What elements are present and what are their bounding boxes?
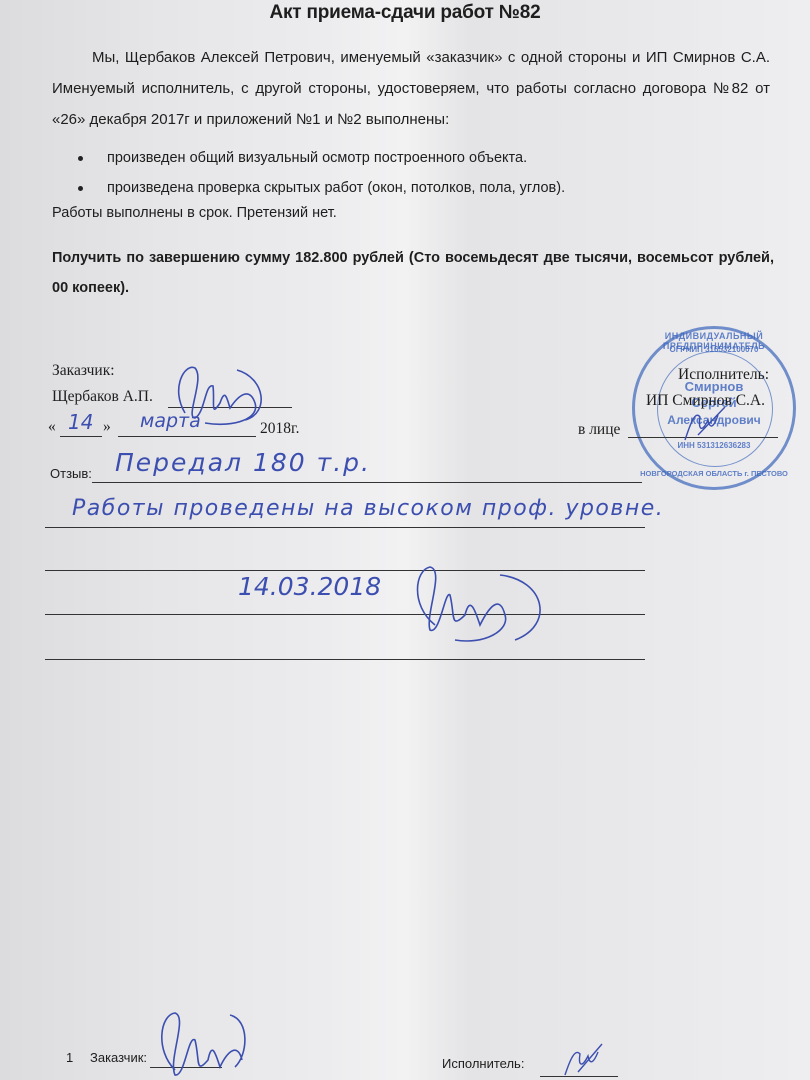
payment-text: Получить по завершению сумму 182.800 руб… bbox=[52, 243, 774, 303]
review-line-3 bbox=[45, 570, 645, 571]
footer-contractor-signature bbox=[560, 1040, 610, 1080]
customer-name: Щербаков А.П. bbox=[52, 388, 153, 406]
review-handwritten-2: Работы проведены на высоком проф. уровне… bbox=[72, 496, 664, 521]
date-month-handwritten: марта bbox=[140, 410, 201, 432]
date-close-quote: » bbox=[103, 418, 111, 436]
bullet-item: произведена проверка скрытых работ (окон… bbox=[78, 180, 565, 196]
stamp-region: НОВГОРОДСКАЯ ОБЛАСТЬ г. ПЕСТОВО bbox=[635, 469, 793, 478]
review-line-5 bbox=[45, 659, 645, 660]
review-handwritten-date: 14.03.2018 bbox=[238, 572, 381, 601]
review-line-1 bbox=[92, 482, 642, 483]
document-title: Акт приема-сдачи работ №82 bbox=[0, 2, 810, 24]
bullet-icon bbox=[78, 186, 83, 191]
review-handwritten-1: Передал 180 т.р. bbox=[115, 448, 371, 477]
contractor-signature bbox=[680, 405, 730, 445]
review-line-4 bbox=[45, 614, 645, 615]
date-year: 2018г. bbox=[260, 420, 299, 438]
review-line-2 bbox=[45, 527, 645, 528]
intro-paragraph: Мы, Щербаков Алексей Петрович, именуемый… bbox=[52, 42, 770, 135]
customer-label: Заказчик: bbox=[52, 362, 115, 380]
completion-note: Работы выполнены в срок. Претензий нет. bbox=[52, 205, 337, 221]
bullet-icon bbox=[78, 156, 83, 161]
date-open-quote: « bbox=[48, 418, 56, 436]
contractor-in-person-label: в лице bbox=[578, 421, 620, 439]
stamp-ogrnip: ОГРНИП 316532100070 bbox=[635, 345, 793, 354]
bullet-item: произведен общий визуальный осмотр постр… bbox=[78, 150, 527, 166]
page-number: 1 bbox=[66, 1050, 73, 1065]
footer-customer-label: Заказчик: bbox=[90, 1050, 147, 1065]
contractor-label: Исполнитель: bbox=[678, 366, 769, 384]
date-day-line bbox=[60, 436, 102, 437]
review-signature bbox=[405, 555, 555, 655]
bullet-text: произведена проверка скрытых работ (окон… bbox=[107, 180, 565, 196]
footer-customer-signature bbox=[150, 1005, 250, 1080]
date-day-handwritten: 14 bbox=[68, 410, 93, 434]
footer-contractor-label: Исполнитель: bbox=[442, 1056, 524, 1071]
review-label: Отзыв: bbox=[50, 466, 92, 481]
date-month-line bbox=[118, 436, 256, 437]
bullet-text: произведен общий визуальный осмотр постр… bbox=[107, 150, 527, 166]
